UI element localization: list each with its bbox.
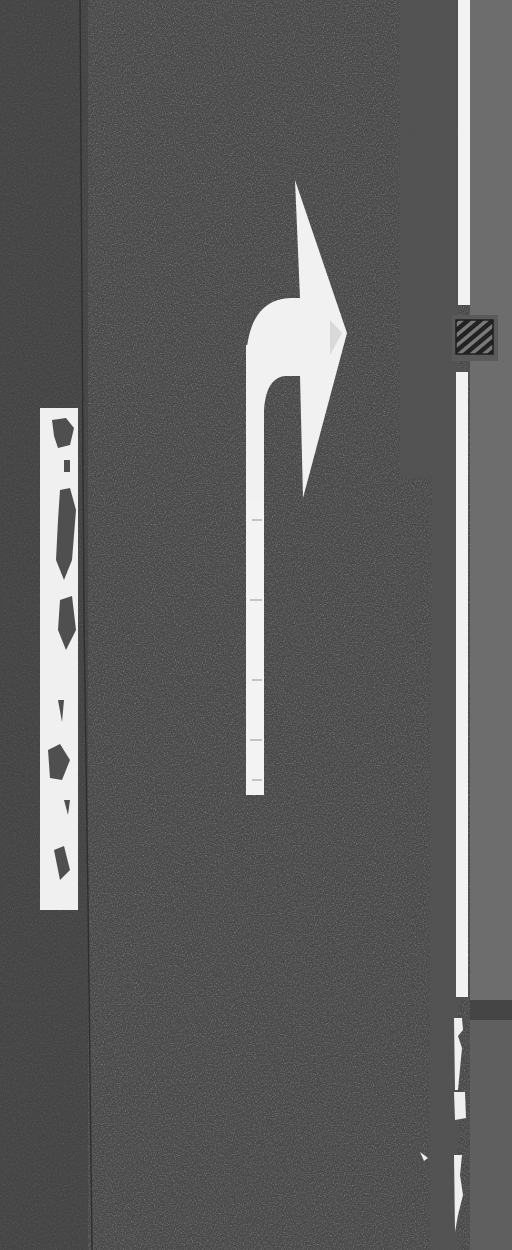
storm-drain <box>452 315 498 361</box>
road-scene <box>0 0 512 1250</box>
edge-line-middle <box>456 372 468 997</box>
edge-line-upper <box>458 0 470 305</box>
lane-divider <box>40 408 78 910</box>
gutter-joint <box>470 1000 512 1020</box>
gutter-strip-lower <box>470 1000 512 1250</box>
road-aerial-photo <box>0 0 512 1250</box>
